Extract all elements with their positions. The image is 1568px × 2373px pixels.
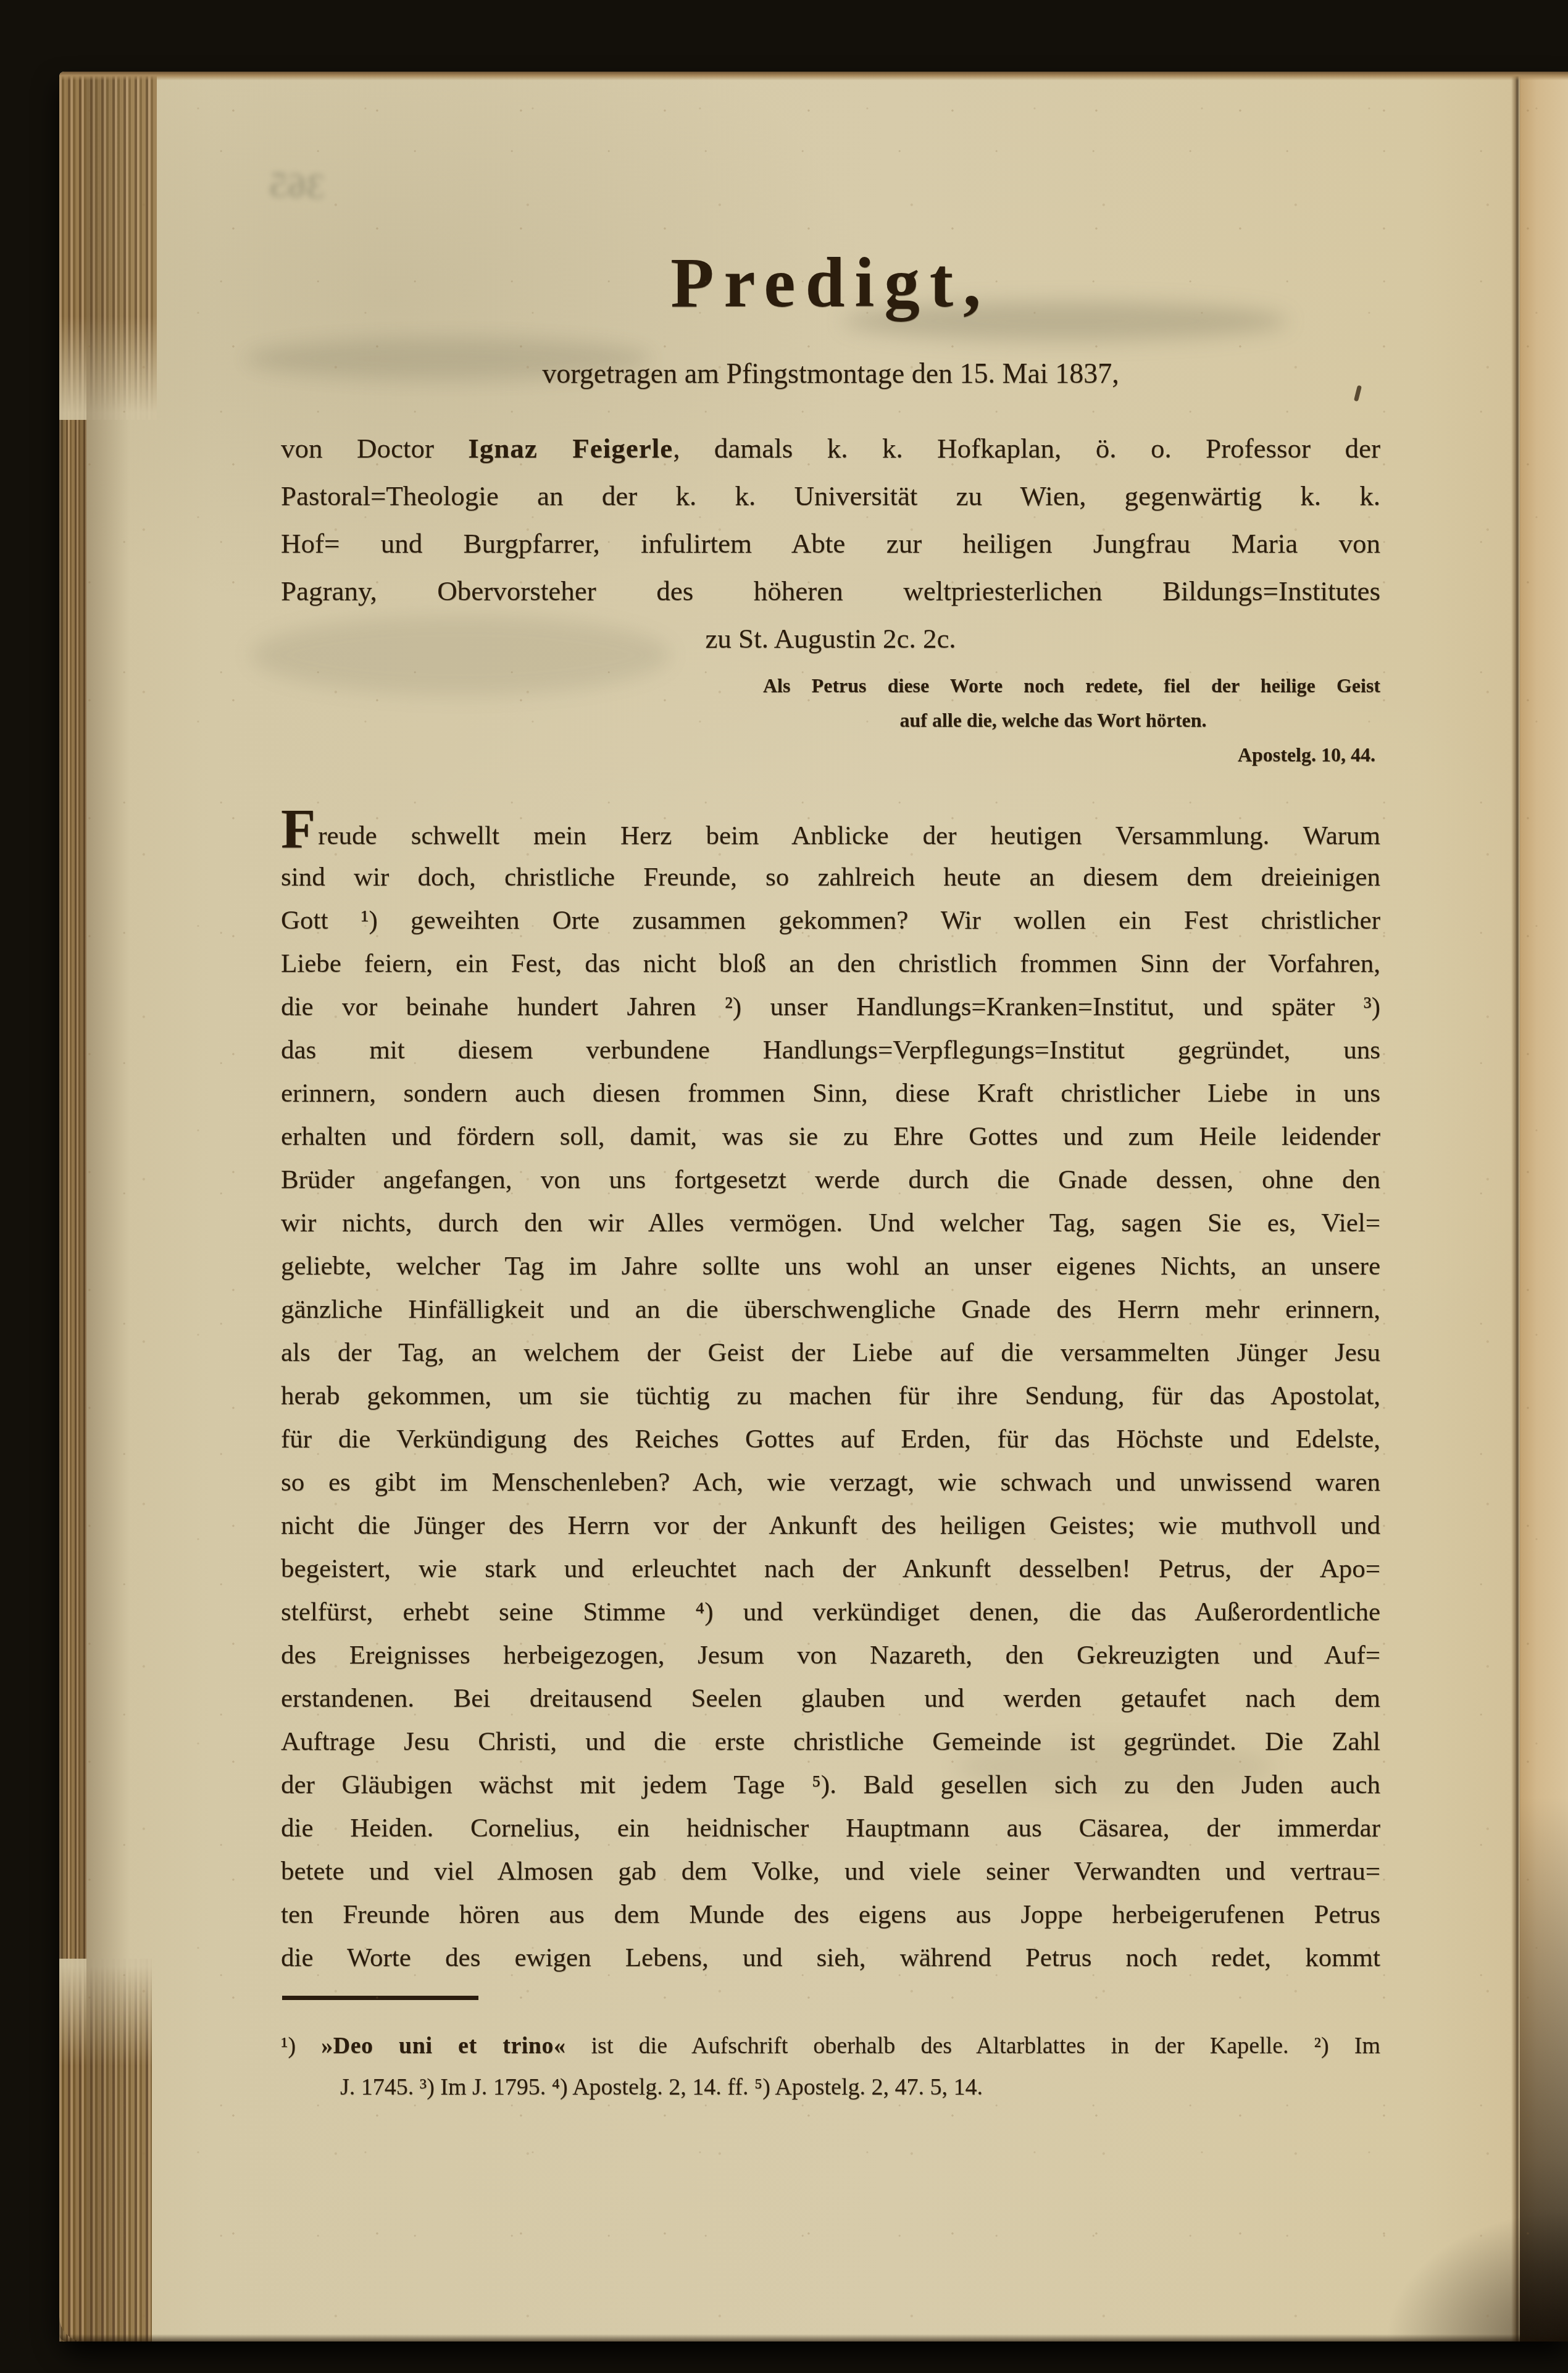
drop-cap-initial: F <box>281 816 315 841</box>
body-line: wir nichts, durch den wir Alles vermögen… <box>281 1202 1380 1245</box>
author-lines: Pastoral=Theologie an der k. k. Universi… <box>281 472 1380 615</box>
text-block: Predigt, vorgetragen am Pfingstmontage d… <box>281 72 1380 2342</box>
body-line: Freude schwellt mein Herz beim Anblicke … <box>281 813 1380 856</box>
body-line: der Gläubigen wächst mit jedem Tage ⁵). … <box>281 1764 1380 1807</box>
body-line: erstandenen. Bei dreitausend Seelen glau… <box>281 1677 1380 1720</box>
body-line-text: reude schwellt mein Herz beim Anblicke d… <box>318 821 1380 850</box>
epigraph-block: Als Petrus diese Worte noch redete, fiel… <box>763 668 1380 772</box>
footnote-line-text: ist die Aufschrift oberhalb des Altarbla… <box>565 2033 1380 2059</box>
body-line: ten Freunde hören aus dem Munde des eige… <box>281 1893 1380 1936</box>
body-line: Auftrage Jesu Christi, und die erste chr… <box>281 1720 1380 1764</box>
body-lines: sind wir doch, christliche Freunde, so z… <box>281 856 1380 1980</box>
body-line: erhalten und fördern soll, damit, was si… <box>281 1115 1380 1158</box>
book-page: 365 Predigt, vorgetragen am Pfingstmonta… <box>59 72 1568 2342</box>
body-line: sind wir doch, christliche Freunde, so z… <box>281 856 1380 899</box>
body-line: das mit diesem verbundene Handlungs=Verp… <box>281 1029 1380 1072</box>
sermon-body: Freude schwellt mein Herz beim Anblicke … <box>281 813 1380 1980</box>
body-line: stelfürst, erhebt seine Stimme ⁴) und ve… <box>281 1591 1380 1634</box>
body-line: die vor beinahe hundert Jahren ²) unser … <box>281 986 1380 1029</box>
footnote-line: J. 1745. ³) Im J. 1795. ⁴) Apostelg. 2, … <box>281 2067 1380 2108</box>
footnote-latin-quote: »Deo uni et trino« <box>321 2033 565 2059</box>
author-line-text: , damals k. k. Hofkaplan, ö. o. Professo… <box>673 433 1380 464</box>
author-line: Pastoral=Theologie an der k. k. Universi… <box>281 472 1380 520</box>
epigraph-line: Als Petrus diese Worte noch redete, fiel… <box>763 668 1380 703</box>
body-line: geliebte, welcher Tag im Jahre sollte un… <box>281 1245 1380 1288</box>
scan-background: { "page": { "title": "Predigt,", "subtit… <box>0 0 1568 2373</box>
body-line: gänzliche Hinfälligkeit und an die übers… <box>281 1288 1380 1331</box>
author-block: von Doctor Ignaz Feigerle, damals k. k. … <box>281 425 1380 663</box>
epigraph-source: Apostelg. 10, 44. <box>763 737 1380 772</box>
body-line: begeistert, wie stark und erleuchtet nac… <box>281 1547 1380 1591</box>
body-line: Gott ¹) geweihten Orte zusammen gekommen… <box>281 899 1380 942</box>
body-line: die Heiden. Cornelius, ein heidnischer H… <box>281 1807 1380 1850</box>
author-line: Hof= und Burgpfarrer, infulirtem Abte zu… <box>281 520 1380 567</box>
gutter-crease <box>1511 72 1521 2342</box>
body-line: des Ereignisses herbeigezogen, Jesum von… <box>281 1634 1380 1677</box>
author-line-last: zu St. Augustin 2c. 2c. <box>281 615 1380 663</box>
body-line: Brüder angefangen, von uns fortgesetzt w… <box>281 1158 1380 1202</box>
body-line: betete und viel Almosen gab dem Volke, u… <box>281 1850 1380 1893</box>
body-line: die Worte des ewigen Lebens, und sieh, w… <box>281 1936 1380 1980</box>
adjacent-page-gutter <box>1520 72 1568 2342</box>
epigraph-line: auf alle die, welche das Wort hörten. <box>763 703 1380 737</box>
author-line: Pagrany, Obervorsteher des höheren weltp… <box>281 567 1380 615</box>
author-name: Ignaz Feigerle <box>468 433 673 464</box>
body-line: Liebe feiern, ein Fest, das nicht bloß a… <box>281 942 1380 986</box>
body-line: herab gekommen, um sie tüchtig zu machen… <box>281 1375 1380 1418</box>
body-line: als der Tag, an welchem der Geist der Li… <box>281 1331 1380 1375</box>
gutter-shadow <box>86 72 130 2342</box>
author-line-text: von Doctor <box>281 433 468 464</box>
footnote-marker: ¹) <box>281 2033 321 2059</box>
subtitle-date-line: vorgetragen am Pfingstmontage den 15. Ma… <box>281 357 1380 390</box>
body-line: so es gibt im Menschenleben? Ach, wie ve… <box>281 1461 1380 1504</box>
author-line: von Doctor Ignaz Feigerle, damals k. k. … <box>281 425 1380 472</box>
body-line: erinnern, sondern auch diesen frommen Si… <box>281 1072 1380 1115</box>
body-line: nicht die Jünger des Herrn vor der Ankun… <box>281 1504 1380 1547</box>
footnote-separator-rule <box>282 1996 478 2000</box>
body-line: für die Verkündigung des Reiches Gottes … <box>281 1418 1380 1461</box>
footnote-line: ¹) »Deo uni et trino« ist die Aufschrift… <box>281 2025 1380 2067</box>
footnotes-block: ¹) »Deo uni et trino« ist die Aufschrift… <box>281 2025 1380 2108</box>
page-title: Predigt, <box>281 242 1380 324</box>
